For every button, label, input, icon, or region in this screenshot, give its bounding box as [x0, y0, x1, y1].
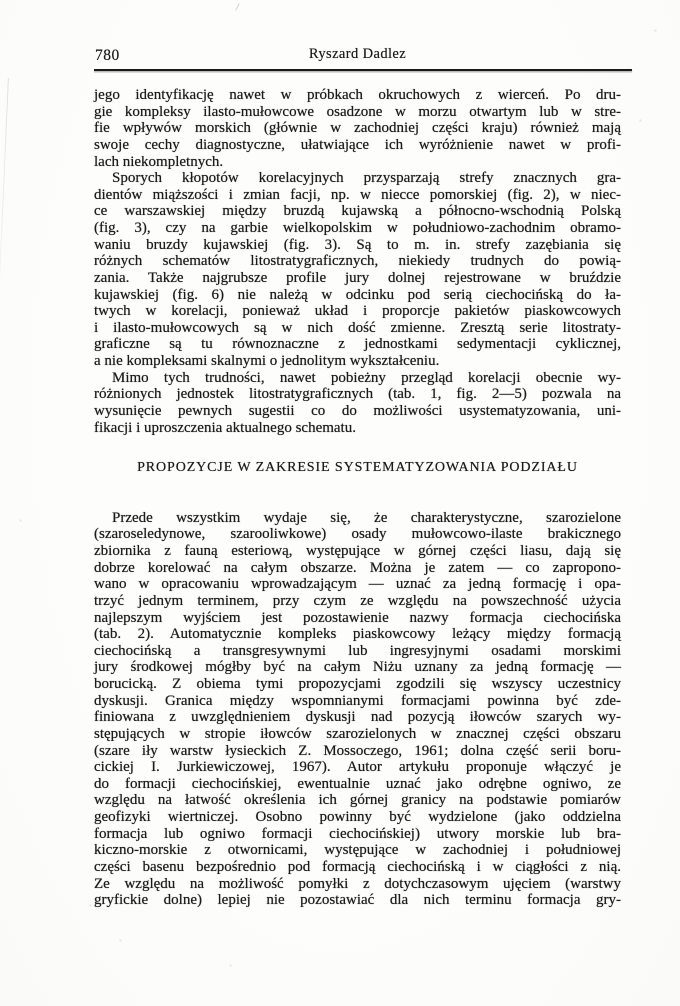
- text-line: dientów miąższości i zmian facji, np. w …: [94, 187, 621, 204]
- scan-noise-mark: [235, 3, 240, 11]
- text-line: (szaroseledynowe, szarooliwkowe) osady m…: [94, 526, 621, 543]
- text-line: graficzne są tu równoznaczne z jednostka…: [94, 336, 621, 353]
- running-title: Ryszard Dadlez: [94, 46, 621, 63]
- page-number: 780: [95, 47, 120, 65]
- text-line: Mimo tych trudności, nawet pobieżny prze…: [94, 370, 621, 387]
- text-line: cickiej I. Jurkiewiczowej, 1967). Autor …: [94, 759, 621, 776]
- text-column: 780 Ryszard Dadlez jego identyfikację na…: [94, 46, 621, 909]
- scan-noise-specks: [0, 0, 1, 1]
- text-line: finiowana z uwzględnieniem dyskusji nad …: [94, 709, 621, 726]
- text-line: fie wpływów morskich (głównie w zachodni…: [94, 120, 621, 137]
- text-line: fikacji i uproszczenia aktualnego schema…: [94, 420, 621, 437]
- paragraph-1: jego identyfikację nawet w próbkach okru…: [94, 87, 621, 170]
- text-line: do formacji ciechocińskiej, ewentualnie …: [94, 776, 621, 793]
- page-header: 780 Ryszard Dadlez: [94, 46, 621, 67]
- text-line: ce warszawskiej między bruzdą kujawską a…: [94, 203, 621, 220]
- text-line: zbiornika z fauną esteriową, występujące…: [94, 543, 621, 560]
- paragraph-2: Sporych kłopotów korelacyjnych przysparz…: [94, 170, 621, 370]
- text-line: kujawskiej (fig. 6) nie należą w odcinku…: [94, 287, 621, 304]
- text-line: najlepszym wyjściem jest pozostawienie n…: [94, 610, 621, 627]
- text-line: (fig. 3), czy na garbie wielkopolskim w …: [94, 220, 621, 237]
- text-line: gryfickie dolne) lepiej nie pozostawiać …: [94, 892, 621, 909]
- text-line: wysunięcie pewnych sugestii co do możliw…: [94, 403, 621, 420]
- text-line: Sporych kłopotów korelacyjnych przysparz…: [94, 170, 621, 187]
- text-line: różnych schematów litostratygraficznych,…: [94, 253, 621, 270]
- text-line: (tab. 2). Automatycznie kompleks piaskow…: [94, 626, 621, 643]
- text-line: trzyć jednym terminem, przy czym ze wzgl…: [94, 593, 621, 610]
- text-line: swoje cechy diagnostyczne, ułatwiające i…: [94, 137, 621, 154]
- text-line: ciechocińską a transgresywnymi lub ingre…: [94, 643, 621, 660]
- text-line: borucicką. Z obiema tymi propozycjami zg…: [94, 676, 621, 693]
- text-line: stępujących w stropie iłowców szarozielo…: [94, 726, 621, 743]
- text-line: jego identyfikację nawet w próbkach okru…: [94, 87, 621, 104]
- text-line: różnionych jednostek litostratygraficzny…: [94, 386, 621, 403]
- text-line: a nie kompleksami skalnymi o jednolitym …: [94, 353, 621, 370]
- text-line: kiczno-morskie z otwornicami, występując…: [94, 842, 621, 859]
- text-line: dyskusji. Granica między wspomnianymi fo…: [94, 693, 621, 710]
- text-line: wano w opracowaniu wprowadzającym — uzna…: [94, 576, 621, 593]
- text-line: dobrze korelować na całym obszarze. Możn…: [94, 560, 621, 577]
- scanned-page: 780 Ryszard Dadlez jego identyfikację na…: [0, 0, 680, 1006]
- text-line: gie kompleksy ilasto-mułowcowe osadzone …: [94, 104, 621, 121]
- text-line: jury środkowej mógłby być na całym Niżu …: [94, 659, 621, 676]
- body-text: jego identyfikację nawet w próbkach okru…: [94, 87, 621, 909]
- text-line: i ilasto-mułowcowych są w nich dość zmie…: [94, 320, 621, 337]
- header-rule: [94, 69, 632, 71]
- text-line: Przede wszystkim wydaje się, że charakte…: [94, 510, 621, 527]
- text-line: względu na łatwość określenia ich górnej…: [94, 792, 621, 809]
- text-line: formacja lub ogniwo formacji ciechocińsk…: [94, 826, 621, 843]
- text-line: Ze względu na możliwość pomyłki z dotych…: [94, 876, 621, 893]
- text-line: waniu bruzdy kujawskiej (fig. 3). Są to …: [94, 237, 621, 254]
- text-line: części basenu bezpośrednio pod formacją …: [94, 859, 621, 876]
- paragraph-3: Mimo tych trudności, nawet pobieżny prze…: [94, 370, 621, 437]
- text-line: zania. Także najgrubsze profile jury dol…: [94, 270, 621, 287]
- scan-noise-edge: [0, 78, 9, 348]
- text-line: lach niekompletnych.: [94, 154, 621, 171]
- section-heading: PROPOZYCJE W ZAKRESIE SYSTEMATYZOWANIA P…: [94, 460, 621, 477]
- paragraph-4: Przede wszystkim wydaje się, że charakte…: [94, 510, 621, 909]
- text-line: (szare iły warstw łysieckich Z. Mossocze…: [94, 743, 621, 760]
- text-line: geofizyki wiertniczej. Osobno powinny by…: [94, 809, 621, 826]
- text-line: twych w korelacji, ponieważ układ i prop…: [94, 303, 621, 320]
